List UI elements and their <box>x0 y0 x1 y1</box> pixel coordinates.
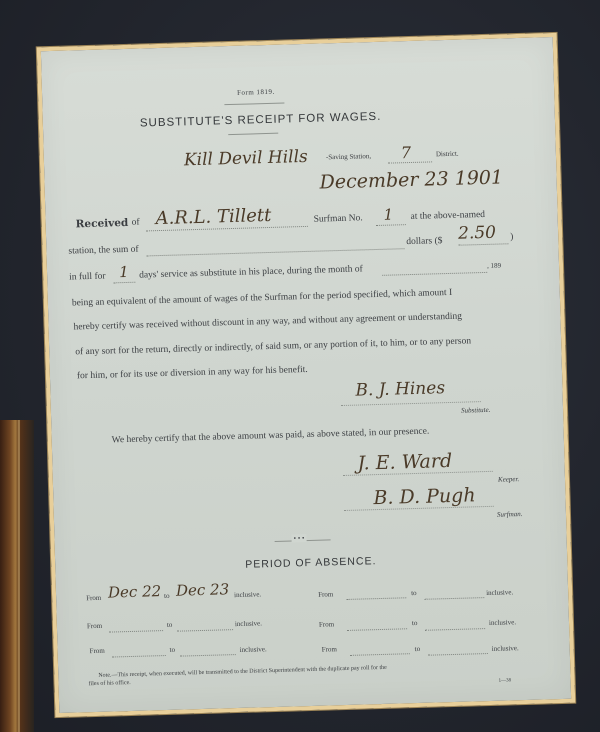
absence-from-value: Dec 22 <box>108 582 162 601</box>
dollars-label: dollars ($ <box>406 236 442 247</box>
document-title: SUBSTITUTE'S RECEIPT FOR WAGES. <box>140 111 382 130</box>
absence-to-field[interactable] <box>428 653 488 656</box>
above-named-text: at the above-named <box>410 210 485 222</box>
absence-from-label: From <box>322 645 337 653</box>
absence-to-label: to <box>412 619 418 627</box>
absence-to-label: to <box>170 646 176 654</box>
dollars-close: ) <box>510 232 513 242</box>
district-handwritten: 7 <box>401 143 412 162</box>
year-suffix: , 189 <box>487 262 501 270</box>
absence-inclusive-label: inclusive. <box>234 590 261 599</box>
body-line: being an equivalent of the amount of wag… <box>72 288 453 309</box>
district-label: District. <box>436 150 459 159</box>
absence-inclusive-label: inclusive. <box>486 588 513 597</box>
surfman-label: Surfman. <box>497 510 523 519</box>
form-number: Form 1819. <box>237 88 275 97</box>
divider <box>224 102 284 105</box>
station-name-handwritten: Kill Devil Hills <box>184 147 308 170</box>
days-text: days' service as substitute in his place… <box>139 264 363 280</box>
absence-to-field[interactable] <box>424 597 484 600</box>
absence-to-label: to <box>167 621 173 629</box>
footnote: Note.—This receipt, when executed, will … <box>98 665 387 679</box>
absence-inclusive-label: inclusive. <box>235 619 262 628</box>
footnote-continued: files of his office. <box>88 680 130 687</box>
absence-from-label: From <box>87 622 102 630</box>
body-line: of any sort for the return, directly or … <box>75 336 471 357</box>
absence-from-label: From <box>86 594 101 602</box>
keeper-label: Keeper. <box>498 475 519 484</box>
absence-from-field[interactable] <box>109 630 163 633</box>
month-field <box>382 272 487 276</box>
absence-to-label: to <box>164 592 170 600</box>
absence-to-value: Dec 23 <box>176 580 230 599</box>
wooden-frame-edge <box>0 420 34 732</box>
absence-from-label: From <box>90 647 105 655</box>
absence-from-label: From <box>318 590 333 598</box>
absence-to-field[interactable] <box>177 629 233 632</box>
body-line: for him, or for its use or diversion in … <box>77 365 308 381</box>
absence-inclusive-label: inclusive. <box>492 644 519 653</box>
absence-to-field[interactable] <box>180 654 236 657</box>
substitute-label: Substitute. <box>461 406 491 415</box>
body-line: hereby certify was received without disc… <box>73 312 462 333</box>
document-paper: Form 1819. SUBSTITUTE'S RECEIPT FOR WAGE… <box>37 33 576 717</box>
certify-line: We hereby certify that the above amount … <box>112 427 430 446</box>
absence-from-field[interactable] <box>346 597 406 600</box>
date-handwritten: December 23 1901 <box>319 166 503 193</box>
absence-to-field[interactable] <box>425 628 485 631</box>
signature-line <box>341 401 481 406</box>
dollars-handwritten: 2.50 <box>458 223 496 244</box>
surfman-no-handwritten: 1 <box>383 206 393 224</box>
print-code: 1—38 <box>499 678 512 683</box>
absence-to-label: to <box>411 589 417 597</box>
station-label: -Saving Station, <box>326 152 371 161</box>
absence-title: PERIOD OF ABSENCE. <box>245 555 376 571</box>
absence-from-field[interactable] <box>347 628 407 631</box>
days-field <box>113 282 135 284</box>
substitute-signature: B. J. Hines <box>355 378 445 400</box>
surfman-no-field <box>376 224 406 226</box>
divider <box>228 133 278 135</box>
separator-dots: • • • <box>291 534 306 542</box>
document: Form 1819. SUBSTITUTE'S RECEIPT FOR WAGE… <box>37 33 576 717</box>
absence-inclusive-label: inclusive. <box>240 645 267 654</box>
in-full-for-label: in full for <box>69 272 106 283</box>
received-from-handwritten: A.R.L. Tillett <box>155 205 271 229</box>
days-handwritten: 1 <box>119 263 129 281</box>
dollars-field <box>458 243 508 245</box>
absence-from-label: From <box>319 620 334 628</box>
absence-from-field[interactable] <box>350 653 410 656</box>
surfman-no-label: Surfman No. <box>314 213 363 224</box>
absence-from-field[interactable] <box>112 655 166 658</box>
absence-to-label: to <box>415 645 421 653</box>
received-label: Received <box>76 217 129 230</box>
surfman-signature: B. D. Pugh <box>373 484 476 509</box>
absence-inclusive-label: inclusive. <box>489 618 516 627</box>
station-sum-label: station, the sum of <box>68 245 138 257</box>
of-label: of <box>132 218 140 228</box>
keeper-signature: J. E. Ward <box>357 450 452 475</box>
sum-field <box>147 248 405 256</box>
